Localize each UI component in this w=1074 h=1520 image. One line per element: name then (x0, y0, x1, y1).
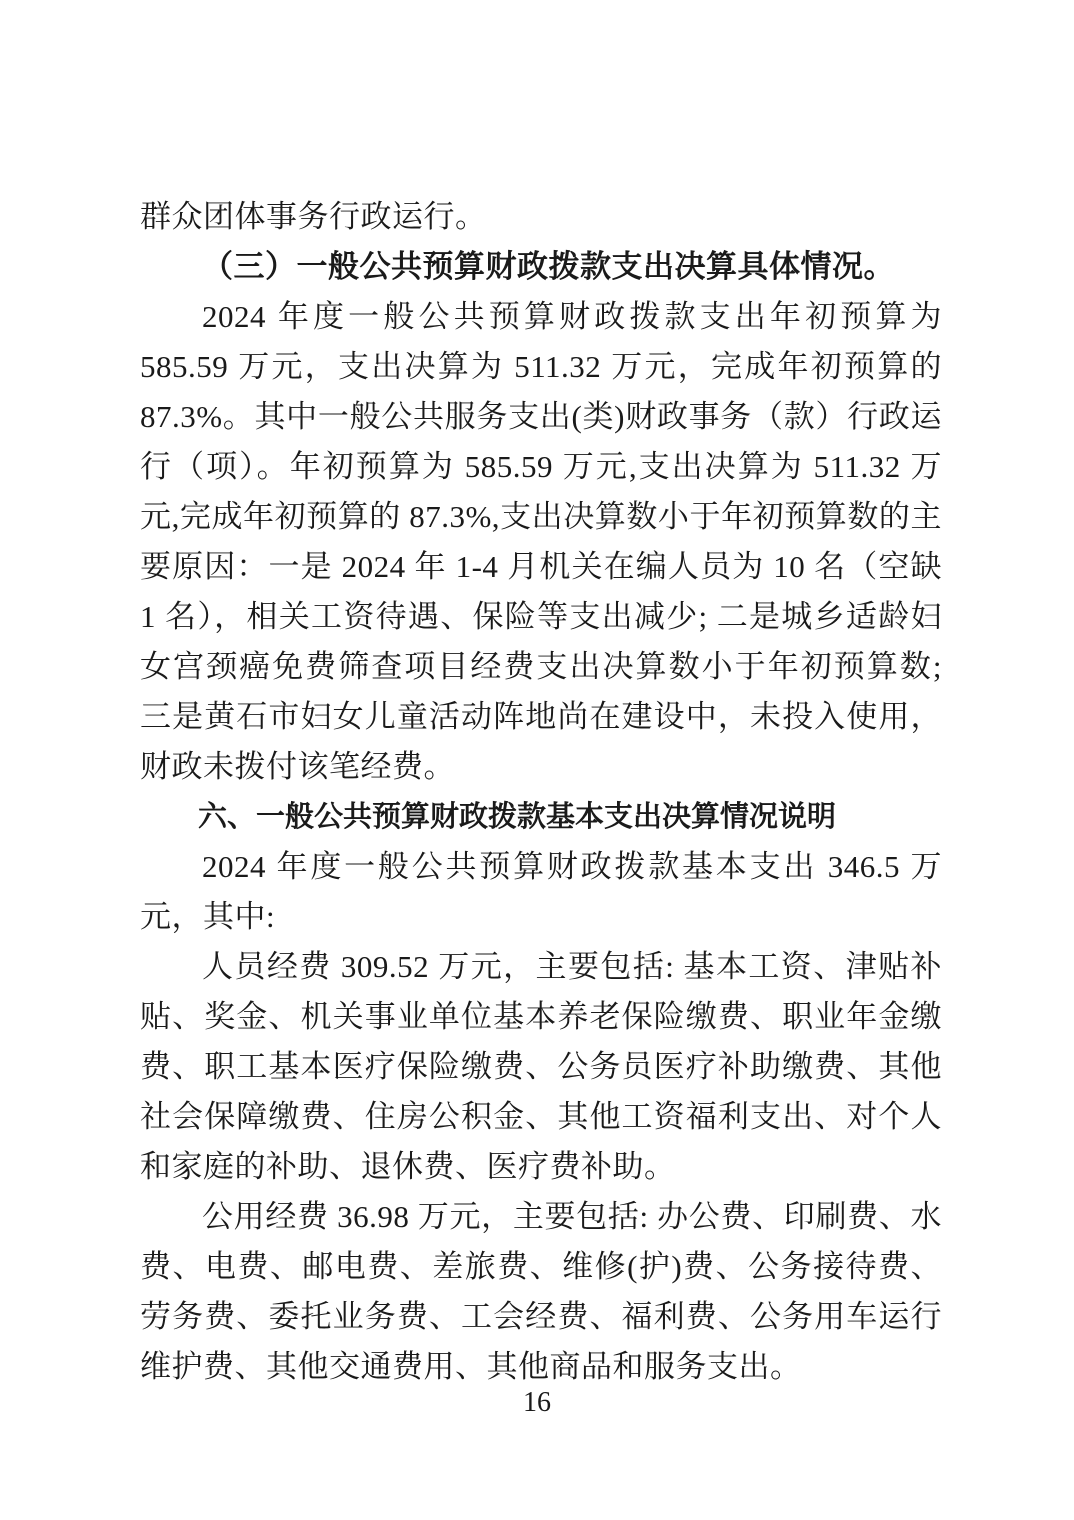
paragraph-section-6-intro: 2024 年度一般公共预算财政拨款基本支出 346.5 万元，其中: (140, 842, 942, 942)
heading-section-6: 六、一般公共预算财政拨款基本支出决算情况说明 (140, 792, 942, 842)
document-page: 群众团体事务行政运行。 （三）一般公共预算财政拨款支出决算具体情况。 2024 … (0, 0, 1074, 1520)
paragraph-personnel-expense: 人员经费 309.52 万元，主要包括: 基本工资、津贴补贴、奖金、机关事业单位… (140, 942, 942, 1192)
heading-section-3: （三）一般公共预算财政拨款支出决算具体情况。 (140, 242, 942, 292)
paragraph-continuation: 群众团体事务行政运行。 (140, 192, 942, 242)
page-number: 16 (0, 1386, 1074, 1420)
paragraph-public-expense: 公用经费 36.98 万元，主要包括: 办公费、印刷费、水费、电费、邮电费、差旅… (140, 1192, 942, 1392)
page-content: 群众团体事务行政运行。 （三）一般公共预算财政拨款支出决算具体情况。 2024 … (140, 192, 942, 1392)
paragraph-section-3-body: 2024 年度一般公共预算财政拨款支出年初预算为 585.59 万元，支出决算为… (140, 292, 942, 792)
